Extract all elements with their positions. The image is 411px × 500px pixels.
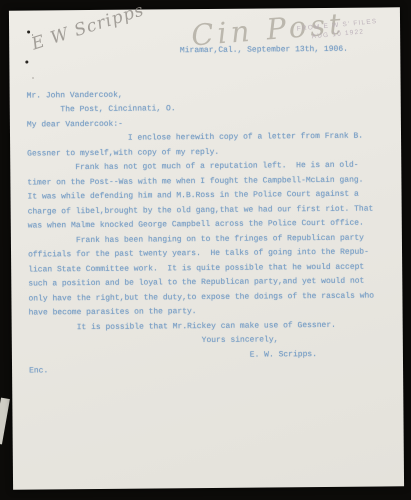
letter-paper: E W Scripps Cin Post FROM E W S' FILES A…	[9, 7, 404, 489]
letter-line: only have the right,but the duty,to expo…	[28, 289, 374, 307]
letter-enclosure-note: Enc.	[29, 362, 375, 380]
letter-line: It is possible that Mr.Rickey can make u…	[29, 318, 375, 336]
typed-letter-body: Miramar,Cal., September 13th, 1906. Mr. …	[26, 43, 375, 380]
letter-line: I enclose herewith copy of a letter from…	[27, 130, 373, 148]
ink-smudge	[27, 31, 30, 34]
scan-artifact	[0, 398, 10, 445]
letter-date-line: Miramar,Cal., September 13th, 1906.	[26, 43, 372, 61]
